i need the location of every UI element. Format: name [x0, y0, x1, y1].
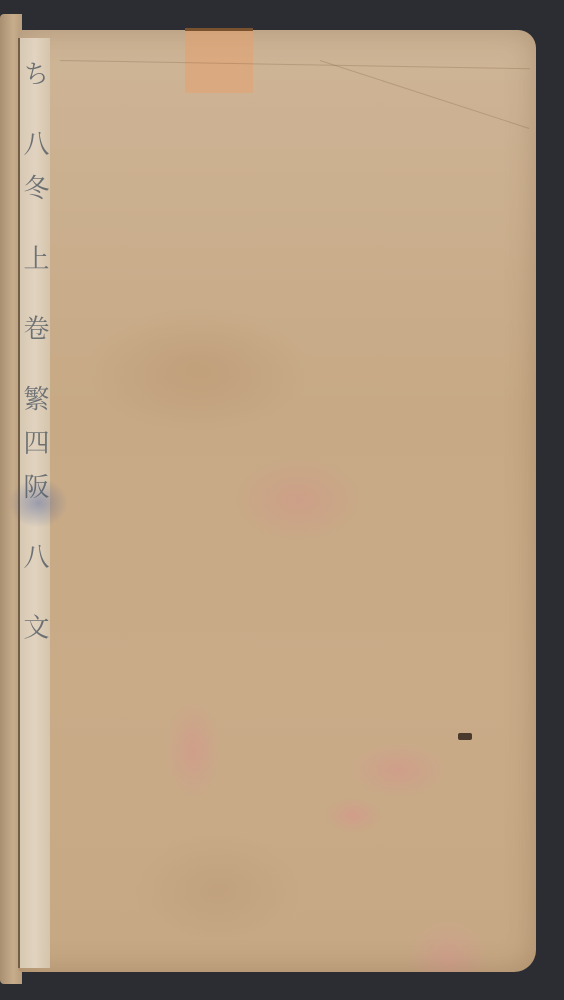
- dirt-fleck: [458, 733, 472, 740]
- spine-handwritten-title: ち 八冬 上 卷 繁四阪 八 文: [20, 60, 48, 658]
- top-label-mark: [185, 28, 253, 93]
- book-photo: ち 八冬 上 卷 繁四阪 八 文: [0, 0, 564, 1000]
- book-cover: [18, 30, 536, 972]
